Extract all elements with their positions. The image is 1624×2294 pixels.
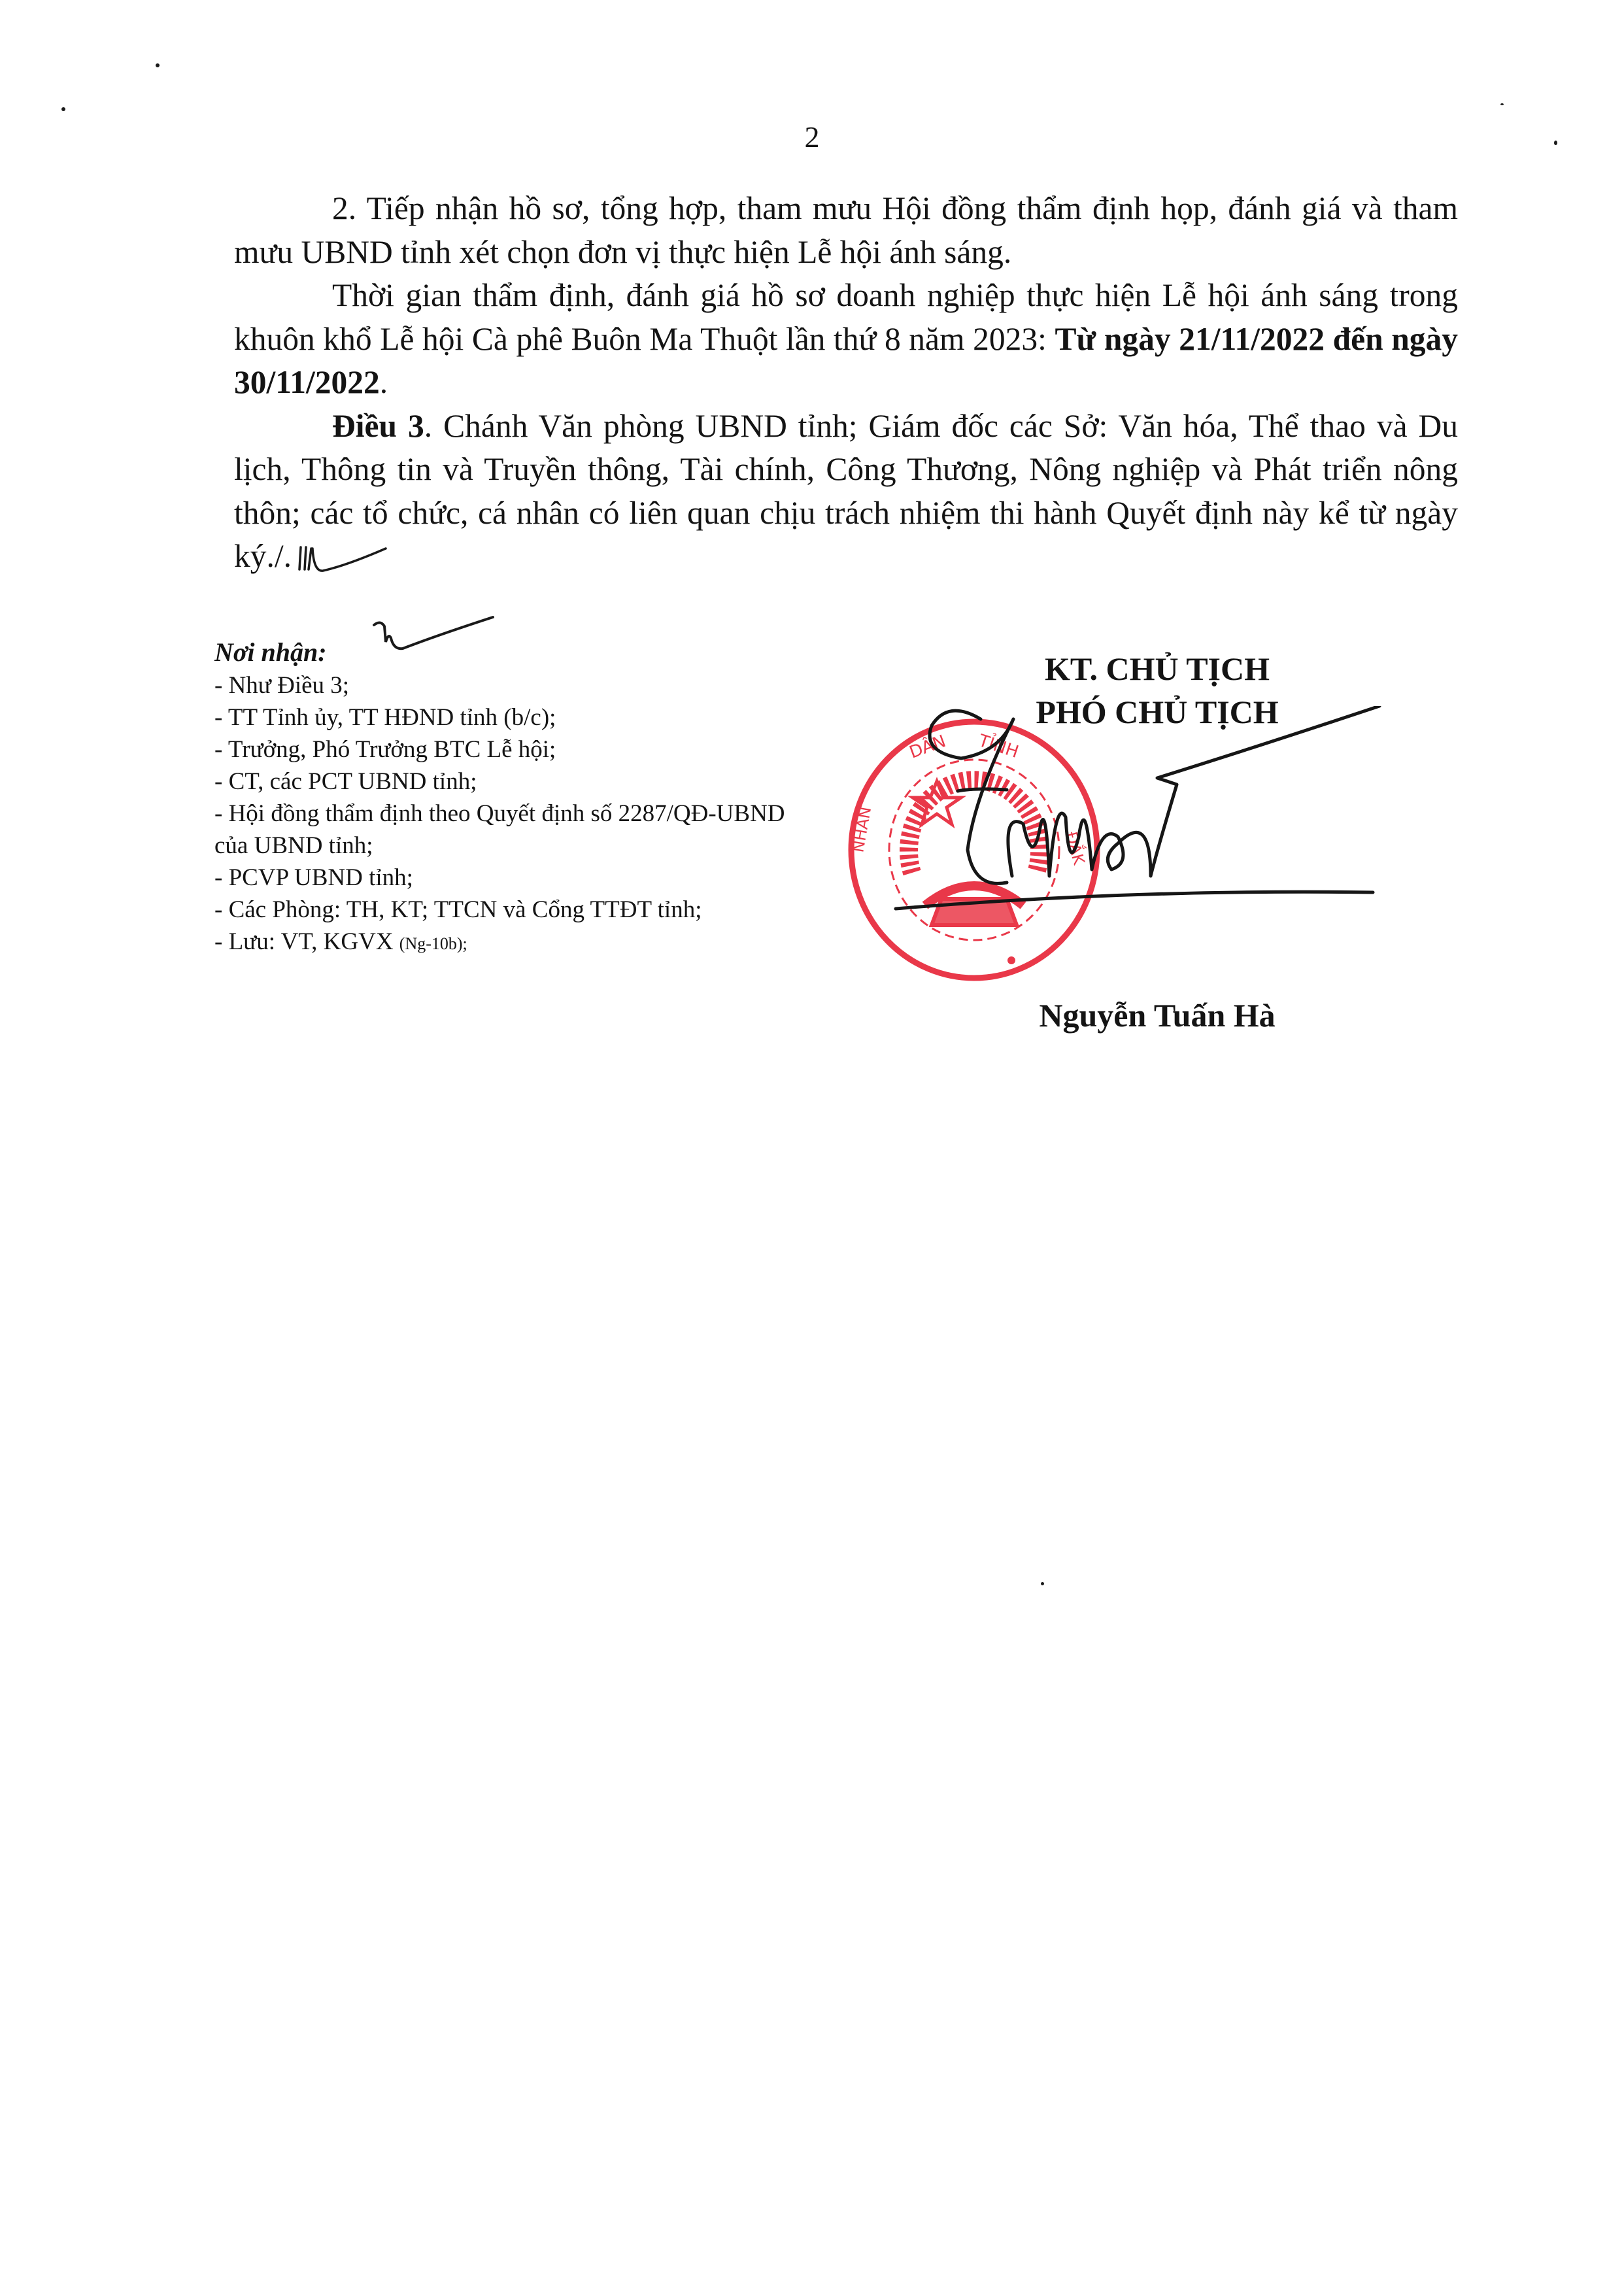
recipients-heading-text: Nơi nhận: — [214, 637, 327, 667]
recipient-item: - Hội đồng thẩm định theo Quyết định số … — [214, 798, 803, 862]
scan-speck — [156, 63, 160, 67]
scan-speck — [61, 107, 65, 111]
archive-text: - Lưu: VT, KGVX — [214, 928, 399, 955]
recipient-item: - Trưởng, Phó Trưởng BTC Lễ hội; — [214, 734, 803, 766]
paragraph-text: 2. Tiếp nhận hồ sơ, tổng hợp, tham mưu H… — [234, 190, 1458, 270]
archive-code: (Ng-10b); — [399, 934, 467, 953]
signature-title-line1: KT. CHỦ TỊCH — [928, 647, 1386, 690]
recipient-item: - Các Phòng: TH, KT; TTCN và Cổng TTĐT t… — [214, 894, 803, 926]
paragraph-article-3: Điều 3. Chánh Văn phòng UBND tỉnh; Giám … — [234, 405, 1458, 579]
document-body: 2. Tiếp nhận hồ sơ, tổng hợp, tham mưu H… — [234, 187, 1458, 579]
signer-name: Nguyễn Tuấn Hà — [928, 994, 1386, 1037]
recipient-item-archive: - Lưu: VT, KGVX (Ng-10b); — [214, 926, 803, 960]
recipients-heading: Nơi nhận: — [214, 635, 327, 669]
initials-mark-icon — [294, 543, 392, 576]
paragraph-tail: . — [380, 364, 388, 400]
recipient-item: - CT, các PCT UBND tỉnh; — [214, 766, 803, 798]
scan-speck — [1500, 103, 1504, 105]
recipients-list: Nơi nhận: - Như Điều 3; - TT Tỉnh ủy, TT… — [214, 635, 803, 960]
initials-mark-icon — [371, 613, 496, 666]
recipient-item: - PCVP UBND tỉnh; — [214, 862, 803, 894]
paragraph-appraisal-time: Thời gian thẩm định, đánh giá hồ sơ doan… — [234, 274, 1458, 405]
page-number: 2 — [0, 118, 1624, 157]
handwritten-signature-icon — [870, 706, 1523, 928]
recipient-item: - TT Tỉnh ủy, TT HĐND tỉnh (b/c); — [214, 701, 803, 734]
paragraph-item-2: 2. Tiếp nhận hồ sơ, tổng hợp, tham mưu H… — [234, 187, 1458, 274]
scan-speck — [1041, 1582, 1044, 1585]
recipient-item: - Như Điều 3; — [214, 669, 803, 701]
article-label: Điều 3 — [332, 408, 424, 444]
